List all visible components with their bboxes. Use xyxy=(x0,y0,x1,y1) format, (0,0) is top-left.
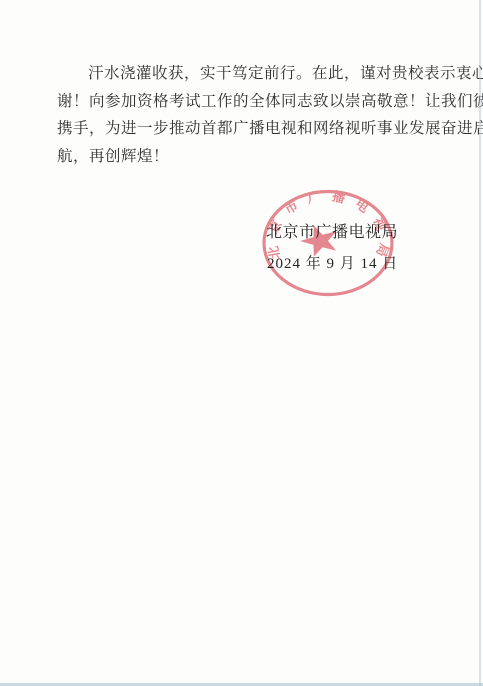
body-line-1: 汗水浇灌收获，实干笃定前行。在此，谨对贵校表示衷心感 xyxy=(57,60,422,88)
letter-body: 汗水浇灌收获，实干笃定前行。在此，谨对贵校表示衷心感 谢！向参加资格考试工作的全… xyxy=(57,60,422,170)
letter-page: 汗水浇灌收获，实干笃定前行。在此，谨对贵校表示衷心感 谢！向参加资格考试工作的全… xyxy=(0,0,483,686)
body-line-3: 携手，为进一步推动首都广播电视和网络视听事业发展奋进启 xyxy=(57,115,422,143)
page-right-edge xyxy=(479,0,481,686)
official-seal: 北京市广播电视局 xyxy=(254,179,404,309)
issue-date: 2024 年 9 月 14 日 xyxy=(267,252,398,273)
issuer-signature: 北京市广播电视局 xyxy=(266,219,398,242)
body-line-4: 航，再创辉煌！ xyxy=(57,143,422,171)
body-line-2: 谢！向参加资格考试工作的全体同志致以崇高敬意！让我们彼此 xyxy=(57,88,422,116)
